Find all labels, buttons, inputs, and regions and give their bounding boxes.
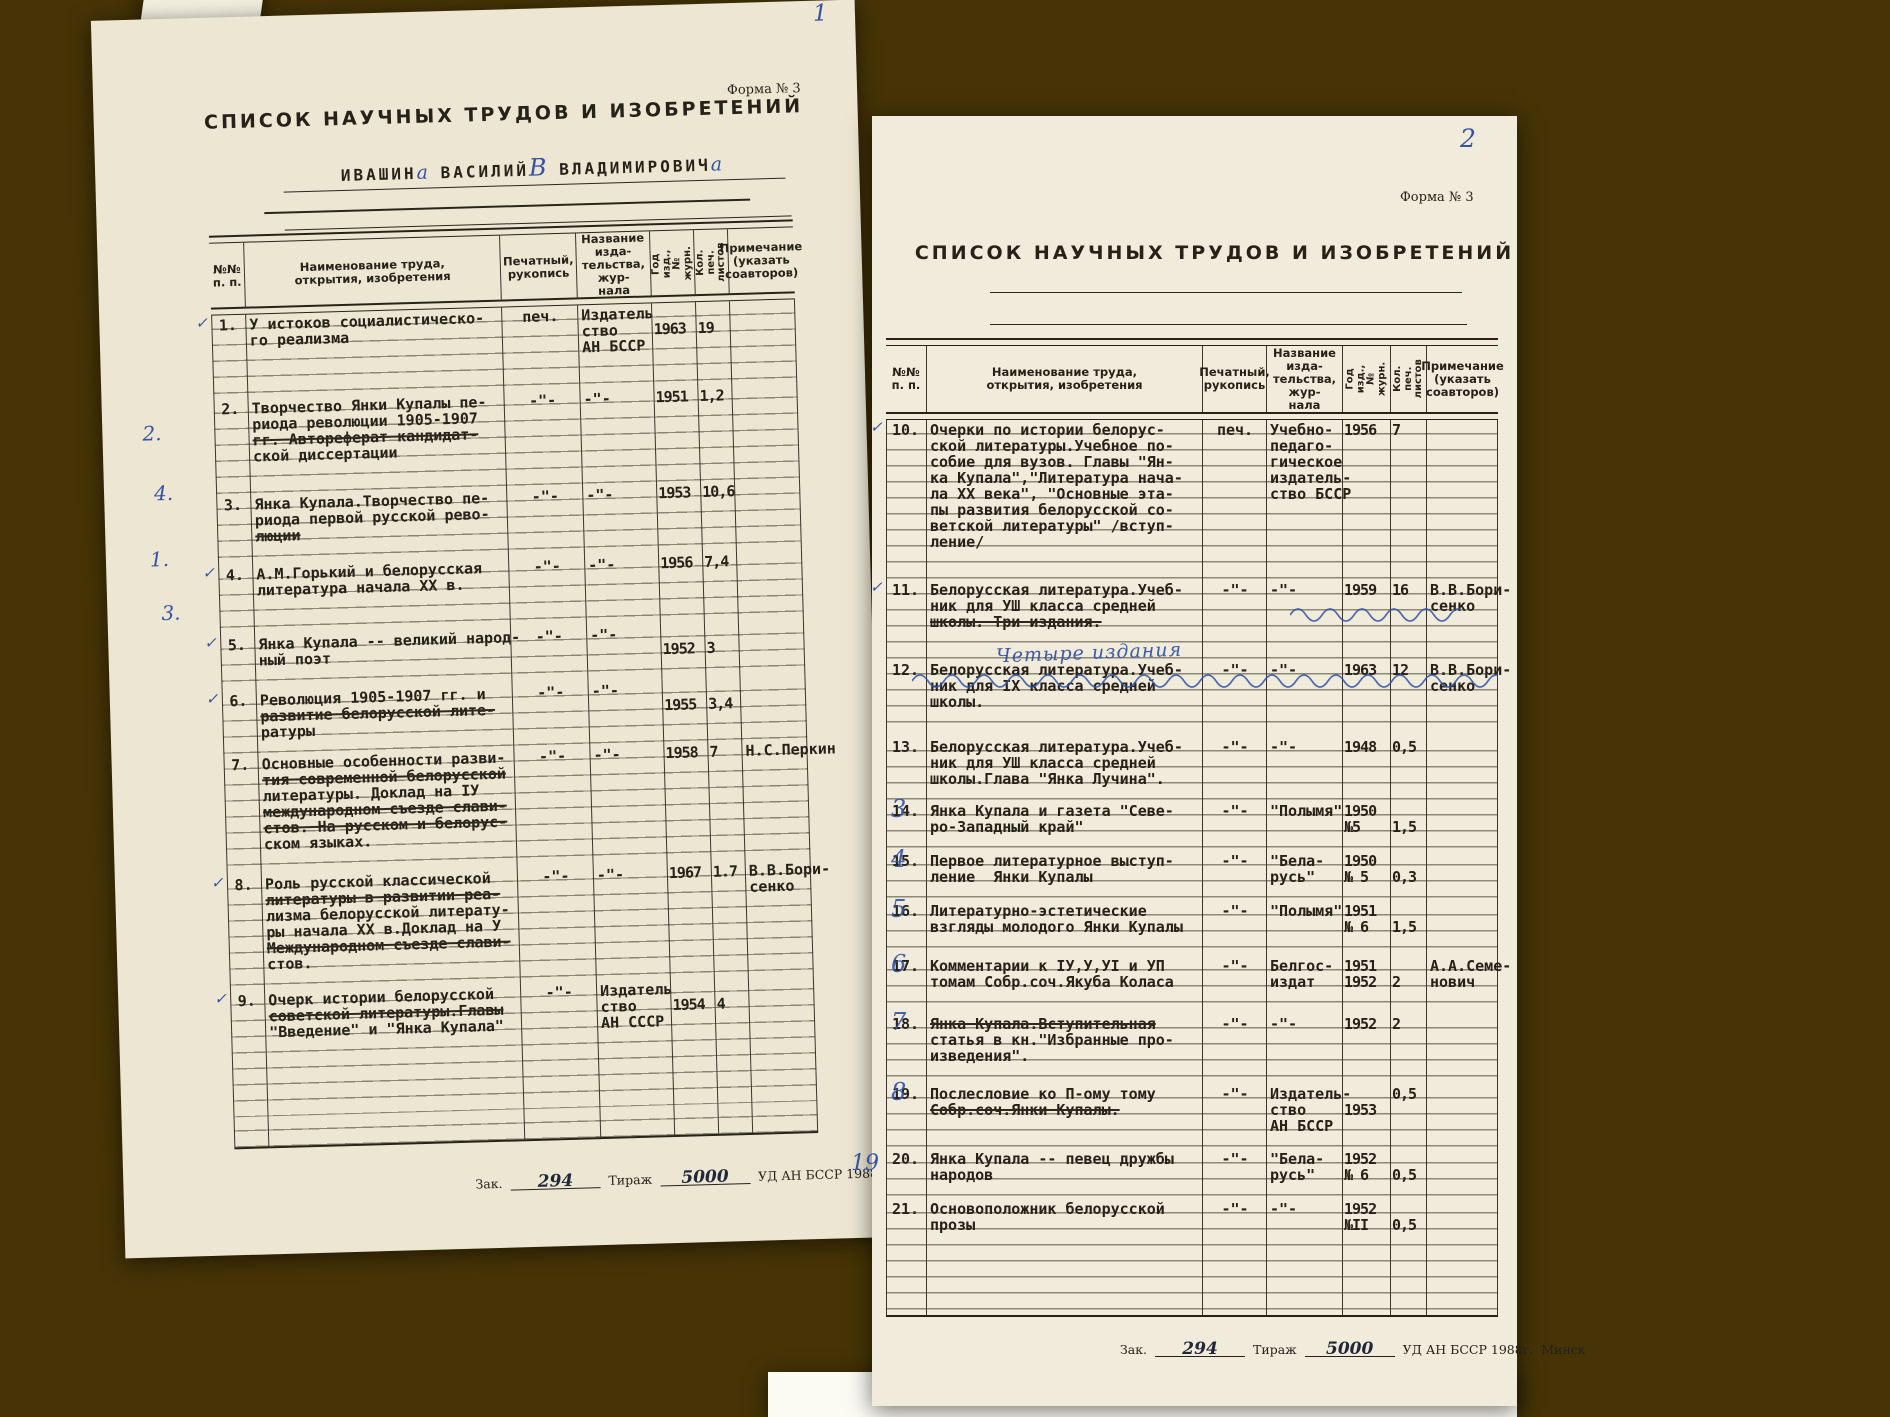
pen-renumber: 3 (891, 795, 906, 823)
coauthor-note (750, 1071, 817, 1103)
col-header-printed: Печатный, рукопись (1202, 346, 1266, 412)
pen-renumber: 19 (851, 1151, 879, 1176)
year-issue: 1953 (656, 482, 702, 553)
col-header-note: Примечание (указать соавторов) (727, 227, 795, 294)
printed-mark (1202, 1279, 1266, 1315)
publisher: ИздательствоАН БССР (577, 303, 653, 389)
footer-zak-label: Зак. (475, 1176, 502, 1192)
sheet-count: 19 (695, 301, 731, 386)
table-row: 13.Белорусская литература.Учеб-ник для У… (886, 737, 1498, 801)
sheet-count (717, 1073, 752, 1104)
table-row: 14.3Янка Купала и газета "Севе-ро-Западн… (886, 801, 1498, 851)
coauthor-note: А.А.Семе-нович (1426, 956, 1498, 1014)
work-title: Янка Купала -- певец дружбынародов (926, 1149, 1202, 1199)
col-header-num: №№ п. п. (886, 346, 926, 412)
sheet-count: 0,5 (1390, 1149, 1426, 1199)
sheet-count: 4 (714, 977, 751, 1074)
printed-mark: -"- (506, 485, 584, 557)
sheet-count: 16 (1390, 580, 1426, 660)
publisher: -"- (579, 387, 656, 485)
pen-page-number: 1 (813, 0, 828, 26)
row-number: ✓1. (211, 315, 247, 400)
table-row: 19.8Послесловие ко П-ому томуСобр.соч.Ян… (886, 1084, 1498, 1149)
row-number: 20.19 (886, 1149, 926, 1199)
printed-mark: -"- (1202, 956, 1266, 1014)
printed-mark: -"- (508, 555, 586, 627)
year-issue: 1958 (663, 742, 710, 863)
work-title: Основоположник белорусскойпрозы (926, 1199, 1202, 1279)
coauthor-note (1426, 1149, 1498, 1199)
printed-mark: -"- (520, 981, 599, 1079)
coauthor-note (1426, 1014, 1498, 1084)
row-number: 15.4 (886, 851, 926, 901)
row-number: ✓11. (886, 580, 926, 660)
printed-mark: -"- (1202, 1014, 1266, 1084)
row-number: 2. (213, 399, 250, 496)
table-row: ✓10.Очерки по истории белорус-ской литер… (886, 420, 1498, 580)
table-rule (886, 1315, 1498, 1317)
printed-mark: -"- (1202, 801, 1266, 851)
work-title: Белорусская литература.Учеб-ник для IX к… (926, 660, 1202, 737)
year-issue: 1967 (667, 862, 714, 979)
pen-checkmark: ✓ (214, 989, 227, 1007)
row-number: 3. (216, 495, 252, 566)
footer-city: Минск (1541, 1342, 1585, 1357)
pen-renumber: 6 (891, 950, 906, 978)
row-number: ✓9. (230, 990, 267, 1087)
coauthor-note (751, 1101, 818, 1133)
author-name-line: ИВАШИНа ВАСИЛИЙВ ВЛАДИМИРОВИЧа (262, 129, 750, 215)
sheet-count: 0,5 (1390, 1084, 1426, 1149)
coauthor-note (1426, 737, 1498, 801)
works-table: №№ п. п. Наименование труда, открытия, и… (886, 338, 1498, 1317)
publisher: -"- (1266, 580, 1342, 660)
sheet-count: 1,2 (697, 385, 734, 482)
sheet-count: 10,6 (700, 481, 736, 552)
printed-mark: -"- (1202, 580, 1266, 660)
table-row: 15.4Первое литературное выступ-ление Янк… (886, 851, 1498, 901)
document-page-2: 2 Форма № 3 СПИСОК НАУЧНЫХ ТРУДОВ И ИЗОБ… (872, 116, 1517, 1406)
row-number: 14.3 (886, 801, 926, 851)
coauthor-note: Н.С.Перкин (741, 739, 810, 861)
year-issue (673, 1074, 718, 1105)
pen-checkmark: ✓ (211, 874, 224, 892)
author-name-typed: ВЛАДИМИРОВИЧ (546, 156, 711, 180)
pen-margin-note: 2. (142, 421, 162, 446)
year-issue (1342, 1279, 1390, 1315)
row-number: ✓5. (220, 635, 256, 692)
sheet-count (717, 1103, 752, 1134)
sheet-count: 2 (1390, 1014, 1426, 1084)
col-header-year: Год изд., № журн. (1342, 346, 1390, 412)
footer-zak-label: Зак. (1120, 1342, 1147, 1357)
printed-mark: -"- (517, 865, 596, 983)
sheet-count: 1,5 (1390, 901, 1426, 956)
printed-mark (523, 1107, 600, 1139)
publisher (599, 1075, 674, 1107)
coauthor-note: В.В.Бори-сенко (1426, 580, 1498, 660)
row-number: 12. (886, 660, 926, 737)
works-table: №№ п. п. Наименование труда, открытия, и… (209, 219, 818, 1149)
row-number (234, 1116, 269, 1147)
publisher: "Полымя" (1266, 901, 1342, 956)
row-number (233, 1086, 268, 1117)
year-issue: 1956 (658, 552, 704, 623)
work-title: Революция 1905-1907 гг. иразвитие белору… (256, 683, 514, 754)
year-issue: 1959 (1342, 580, 1390, 660)
work-title: Янка Купала и газета "Севе-ро-Западный к… (926, 801, 1202, 851)
row-number: 17.6 (886, 956, 926, 1014)
table-row: 2.Творчество Янки Купалы пе-риода револю… (213, 383, 799, 495)
col-header-sheets-label: Кол. печ. листов (695, 242, 728, 282)
row-number: ✓4. (218, 565, 254, 636)
printed-mark: -"- (1202, 1084, 1266, 1149)
pen-checkmark: ✓ (870, 578, 883, 596)
pen-renumber: 8 (891, 1078, 906, 1106)
col-header-year-label: Год изд., № журн. (651, 241, 694, 285)
printed-mark: печ. (501, 305, 579, 391)
work-title: Очерки по истории белорус-ской литератур… (926, 420, 1202, 580)
table-header: №№ п. п. Наименование труда, открытия, и… (886, 346, 1498, 412)
table-row: 12.Белорусская литература.Учеб-ник для I… (886, 660, 1498, 737)
sheet-count: 0,5 (1390, 737, 1426, 801)
row-number: 19.8 (886, 1084, 926, 1149)
table-row (886, 1279, 1498, 1315)
printed-mark: -"- (513, 745, 592, 867)
year-issue: 1952№ 6 (1342, 1149, 1390, 1199)
col-header-year: Год изд., № журн. (649, 230, 695, 296)
row-number: 18.7 (886, 1014, 926, 1084)
publisher: -"- (582, 483, 658, 555)
col-header-title: Наименование труда, открытия, изобретени… (926, 346, 1202, 412)
table-rule (886, 338, 1498, 346)
table-row: 7.Основные особенности разви-тия совреме… (223, 739, 810, 875)
year-issue: 1951 (653, 386, 700, 483)
row-number: ✓8. (227, 874, 264, 991)
publisher (1266, 1279, 1342, 1315)
work-title: Литературно-эстетическиевзгляды молодого… (926, 901, 1202, 956)
table-row: 18.7Янка Купала.Вступительнаястатья в кн… (886, 1014, 1498, 1084)
col-header-year-label: Год изд., № журн. (1346, 356, 1388, 403)
coauthor-note (736, 549, 804, 621)
document-page-1: 1 Форма № 3 СПИСОК НАУЧНЫХ ТРУДОВ И ИЗОБ… (91, 0, 889, 1258)
coauthor-note (738, 619, 806, 677)
row-number: 16.5 (886, 901, 926, 956)
coauthor-note (739, 675, 807, 741)
table-row: 20.19Янка Купала -- певец дружбынародов-… (886, 1149, 1498, 1199)
coauthor-note (1426, 1279, 1498, 1315)
publisher: -"- (1266, 1014, 1342, 1084)
work-title (926, 1279, 1202, 1315)
blank-underline (990, 292, 1462, 293)
col-header-printed: Печатный, рукопись (499, 233, 577, 300)
row-number: ✓6. (222, 691, 258, 756)
printed-mark: -"- (1202, 1199, 1266, 1279)
coauthor-note (1426, 1199, 1498, 1279)
work-title: Роль русской классическойлитературы в ра… (261, 867, 520, 990)
pen-checkmark: ✓ (206, 690, 219, 708)
pen-page-number: 2 (1460, 124, 1476, 153)
table-body: ✓10.Очерки по истории белорус-ской литер… (886, 420, 1498, 1315)
year-issue: 1951№ 6 (1342, 901, 1390, 956)
col-header-publisher: Название изда- тельства, жур- нала (575, 231, 651, 298)
coauthor-note (731, 383, 800, 481)
printed-mark (523, 1077, 600, 1109)
publisher: "Полымя" (1266, 801, 1342, 851)
printed-mark: -"- (1202, 660, 1266, 737)
row-number (886, 1279, 926, 1315)
coauthor-note: В.В.Бори-сенко (745, 859, 814, 977)
pen-checkmark: ✓ (202, 564, 215, 582)
scan-background: { "colors":{"bg":"#463407","paper1":"#ec… (0, 0, 1890, 1417)
coauthor-note (1426, 851, 1498, 901)
pen-checkmark: ✓ (204, 634, 217, 652)
sheet-count: 2 (1390, 956, 1426, 1014)
table-row: ✓11.Белорусская литература.Учеб-ник для … (886, 580, 1498, 660)
pen-zak-value: 294 (1155, 1342, 1245, 1357)
sheet-count: 3 (704, 621, 740, 678)
printed-mark: -"- (503, 389, 582, 487)
work-title: Послесловие ко П-ому томуСобр.соч.Янки К… (926, 1084, 1202, 1149)
table-row: 21.Основоположник белорусскойпрозы-"--"-… (886, 1199, 1498, 1279)
year-issue: 1955 (661, 678, 707, 743)
pen-renumber: 5 (891, 895, 906, 923)
work-title: Очерк истории белорусскойсоветской литер… (264, 983, 523, 1086)
year-issue: 1950№ 5 (1342, 851, 1390, 901)
page-title: СПИСОК НАУЧНЫХ ТРУДОВ И ИЗОБРЕТЕНИЙ (872, 242, 1517, 264)
year-issue: 1952 (1342, 1014, 1390, 1084)
year-issue: 1953 (1342, 1084, 1390, 1149)
pen-correction: а (710, 153, 722, 175)
coauthor-note: В.В.Бори-сенко (1426, 660, 1498, 737)
sheet-count: 1,5 (1390, 801, 1426, 851)
col-header-sheets: Кол. печ. листов (693, 229, 729, 295)
publisher: Белгос-издат (1266, 956, 1342, 1014)
work-title: Первое литературное выступ-ление Янки Ку… (926, 851, 1202, 901)
work-title: Комментарии к IУ,У,УI и УПтомам Собр.соч… (926, 956, 1202, 1014)
form-number-label: Форма № 3 (1400, 190, 1474, 205)
row-number: 21. (886, 1199, 926, 1279)
footer-tirazh-label: Тираж (608, 1172, 652, 1188)
pen-checkmark: ✓ (870, 418, 883, 436)
table-row: ✓1.У истоков социалистическо-го реализма… (211, 299, 797, 399)
publisher: -"- (589, 743, 666, 865)
print-footer: Зак. 294 Тираж 5000 УД АН БССР 1988г. Ми… (1120, 1342, 1585, 1357)
pen-margin-note: 4. (154, 481, 174, 506)
coauthor-note (1426, 901, 1498, 956)
pen-tirazh-value: 5000 (1305, 1342, 1395, 1357)
col-header-publisher: Название изда- тельства, жур- нала (1266, 346, 1342, 412)
table-row: 17.6Комментарии к IУ,У,УI и УПтомам Собр… (886, 956, 1498, 1014)
sheet-count: 7,4 (702, 551, 738, 622)
sheet-count: 0,5 (1390, 1199, 1426, 1279)
printed-mark: -"- (510, 625, 588, 683)
col-header-sheets: Кол. печ. листов (1390, 346, 1426, 412)
work-title: Основные особенности разви-тия современн… (257, 747, 516, 874)
pen-correction: а (416, 162, 428, 184)
publisher: Издатель-ствоАН БССР (1266, 1084, 1342, 1149)
coauthor-note (734, 479, 802, 551)
sheet-count: 3,4 (705, 677, 741, 742)
col-header-num: №№ п. п. (209, 243, 245, 309)
work-title: Янка Купала.Творчество пе-риода первой р… (250, 487, 508, 564)
footer-tirazh-label: Тираж (1253, 1342, 1297, 1357)
publisher: -"- (593, 863, 670, 981)
sheet-count: 7 (707, 741, 744, 862)
pen-renumber: 4 (891, 845, 906, 873)
printed-mark: -"- (1202, 851, 1266, 901)
year-issue: 1963 (651, 302, 697, 387)
table-row: ✓8.Роль русской классическойлитературы в… (227, 859, 814, 991)
table-row: ✓9.Очерк истории белорусскойсоветской ли… (230, 975, 816, 1087)
row-number: 13. (886, 737, 926, 801)
publisher: -"- (587, 679, 663, 745)
coauthor-note (1426, 1084, 1498, 1149)
sheet-count (1390, 1279, 1426, 1315)
coauthor-note (729, 299, 797, 385)
year-issue: 1956 (1342, 420, 1390, 580)
work-title: Творчество Янки Купалы пе-риода революци… (247, 392, 506, 495)
table-row: 16.5Литературно-эстетическиевзгляды моло… (886, 901, 1498, 956)
printed-mark: -"- (1202, 1149, 1266, 1199)
year-issue: 1950№5 (1342, 801, 1390, 851)
sheet-count: 7 (1390, 420, 1426, 580)
publisher: -"- (586, 623, 662, 681)
work-title: Белорусская литература.Учеб-ник для УШ к… (926, 737, 1202, 801)
pen-renumber: 7 (891, 1008, 906, 1036)
year-issue: 1948 (1342, 737, 1390, 801)
publisher: -"- (1266, 737, 1342, 801)
coauthor-note (1426, 420, 1498, 580)
col-header-title: Наименование труда, открытия, изобретени… (243, 236, 501, 308)
sheet-count: 12 (1390, 660, 1426, 737)
work-title: Янка Купала.Вступительнаястатья в кн."Из… (926, 1014, 1202, 1084)
author-name-typed: ИВАШИН (341, 164, 417, 185)
blank-underline (990, 324, 1467, 325)
work-title: У истоков социалистическо-го реализма (245, 308, 503, 399)
footer-org: УД АН БССР 1988г. (1403, 1342, 1534, 1357)
year-issue (673, 1104, 718, 1135)
year-issue: 1952№II (1342, 1199, 1390, 1279)
table-rule (886, 412, 1498, 420)
publisher: -"- (1266, 1199, 1342, 1279)
row-number: 7. (223, 755, 260, 876)
table-body: ✓1.У истоков социалистическо-го реализма… (211, 299, 818, 1147)
publisher: -"- (1266, 660, 1342, 737)
work-title: А.М.Горький и белорусскаялитература нача… (252, 557, 510, 634)
year-issue: 1963 (1342, 660, 1390, 737)
printed-mark: -"- (1202, 737, 1266, 801)
row-number: ✓10. (886, 420, 926, 580)
coauthor-note (1426, 801, 1498, 851)
pen-margin-note: 1. (150, 547, 170, 572)
publisher: -"- (584, 553, 660, 625)
publisher: "Бела-русь" (1266, 1149, 1342, 1199)
pen-zak-value: 294 (510, 1173, 600, 1191)
work-title: Янка Купала -- великий народ-ный поэт (254, 627, 511, 690)
printed-mark: -"- (512, 681, 590, 747)
year-issue: 19511952 (1342, 956, 1390, 1014)
year-issue: 1954 (670, 978, 717, 1075)
sheet-count: 0,3 (1390, 851, 1426, 901)
pen-checkmark: ✓ (195, 314, 208, 332)
printed-mark: печ. (1202, 420, 1266, 580)
author-name-typed: ВАСИЛИЙ (428, 161, 530, 183)
publisher: "Бела-русь" (1266, 851, 1342, 901)
publisher: ИздательствоАН СССР (596, 979, 673, 1077)
col-header-sheets-label: Кол. печ. листов (1393, 359, 1425, 398)
year-issue: 1952 (660, 622, 706, 679)
coauthor-note (748, 975, 817, 1073)
printed-mark: -"- (1202, 901, 1266, 956)
pen-correction: В (528, 153, 546, 181)
sheet-count: 1.7 (711, 861, 748, 978)
pen-tirazh-value: 5000 (660, 1169, 750, 1187)
col-header-note: Примечание (указать соавторов) (1426, 346, 1498, 412)
publisher: Учебно-педаго-гическоеиздатель-ство БССР (1266, 420, 1342, 580)
pen-margin-note: 3. (161, 601, 181, 626)
publisher (599, 1105, 674, 1137)
